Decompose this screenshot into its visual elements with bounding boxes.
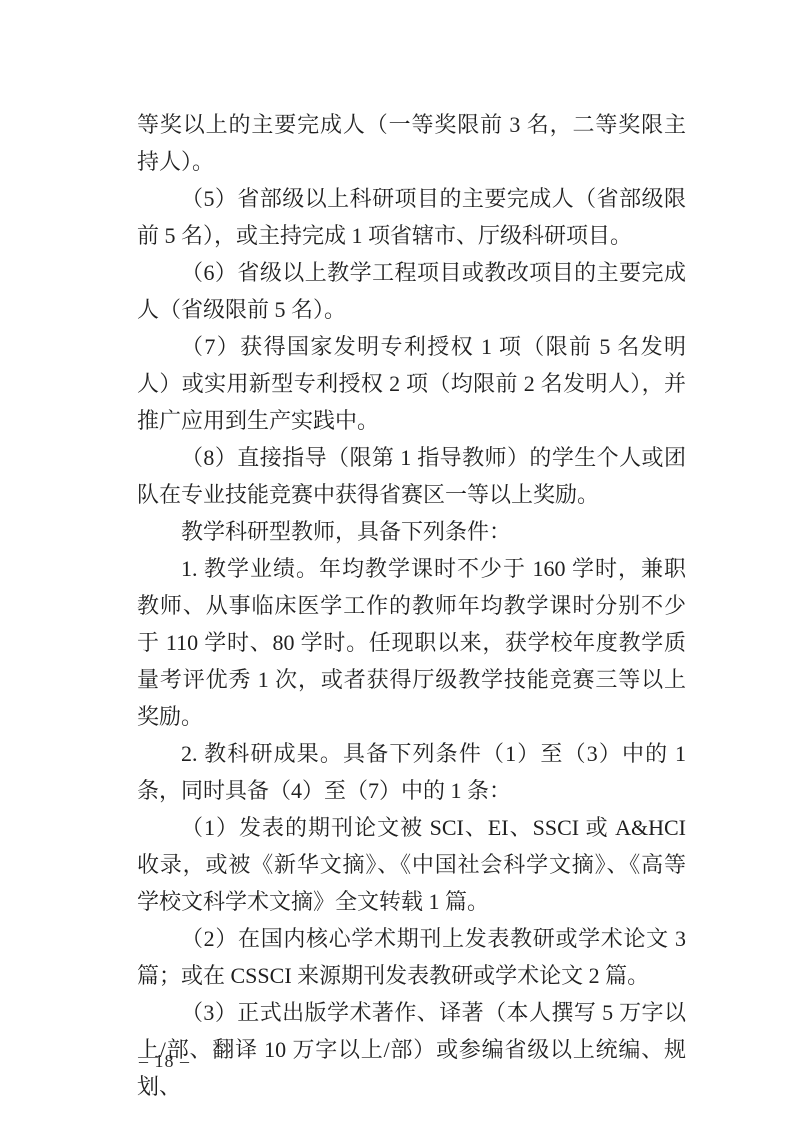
paragraph: （5）省部级以上科研项目的主要完成人（省部级限前 5 名），或主持完成 1 项省… [137, 180, 686, 254]
paragraph: 等奖以上的主要完成人（一等奖限前 3 名，二等奖限主持人）。 [137, 106, 686, 180]
page-number: – 18 – [139, 1049, 190, 1073]
paragraph: （8）直接指导（限第 1 指导教师）的学生个人或团队在专业技能竞赛中获得省赛区一… [137, 439, 686, 513]
page-body-text: 等奖以上的主要完成人（一等奖限前 3 名，二等奖限主持人）。 （5）省部级以上科… [137, 106, 686, 1105]
paragraph: 1. 教学业绩。年均教学课时不少于 160 学时，兼职教师、从事临床医学工作的教… [137, 550, 686, 735]
paragraph: （3）正式出版学术著作、译著（本人撰写 5 万字以上/部、翻译 10 万字以上/… [137, 994, 686, 1105]
paragraph: （2）在国内核心学术期刊上发表教研或学术论文 3 篇；或在 CSSCI 来源期刊… [137, 920, 686, 994]
paragraph: 教学科研型教师，具备下列条件： [137, 513, 686, 550]
paragraph: （1）发表的期刊论文被 SCI、EI、SSCI 或 A&HCI 收录，或被《新华… [137, 809, 686, 920]
paragraph: 2. 教科研成果。具备下列条件（1）至（3）中的 1 条，同时具备（4）至（7）… [137, 735, 686, 809]
document-page: 等奖以上的主要完成人（一等奖限前 3 名，二等奖限主持人）。 （5）省部级以上科… [0, 0, 800, 1131]
paragraph: （7）获得国家发明专利授权 1 项（限前 5 名发明人）或实用新型专利授权 2 … [137, 328, 686, 439]
paragraph: （6）省级以上教学工程项目或教改项目的主要完成人（省级限前 5 名）。 [137, 254, 686, 328]
